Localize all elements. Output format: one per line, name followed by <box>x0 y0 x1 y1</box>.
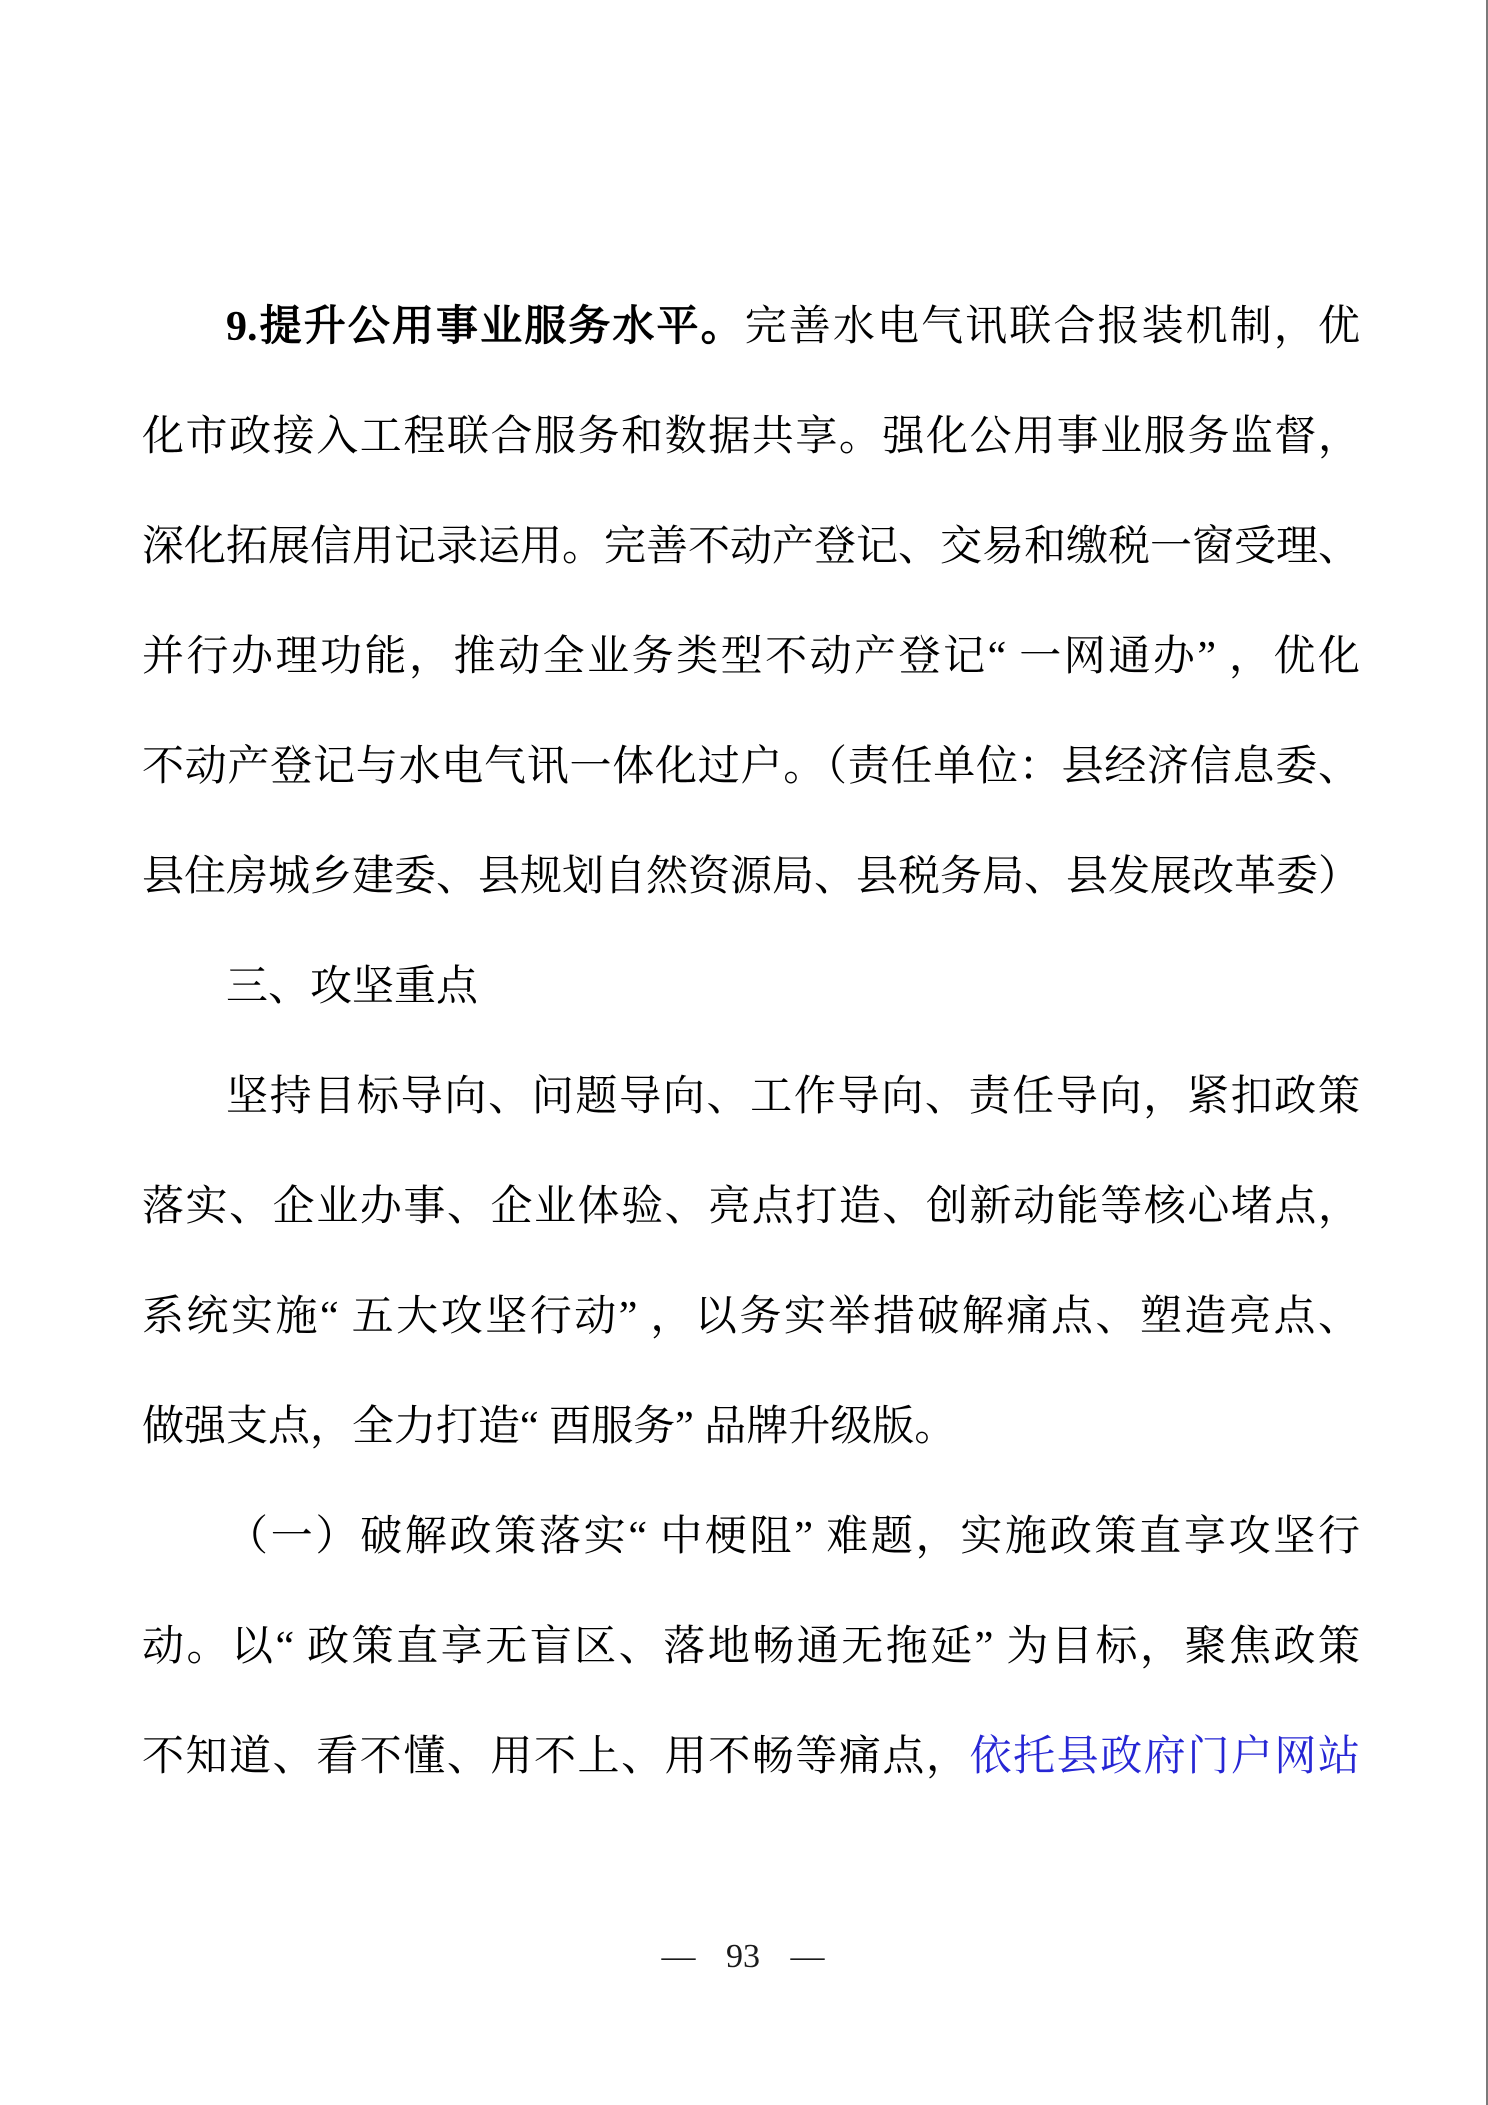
paragraph-line: 坚持目标导向、问题导向、工作导向、责任导向，紧扣政策 <box>142 1042 1360 1152</box>
paragraph-line: 并行办理功能，推动全业务类型不动产登记“ 一网通办” ，优化 <box>142 602 1360 712</box>
section-heading: 三、攻坚重点 <box>142 932 1360 1042</box>
paragraph-line: （一）破解政策落实“ 中梗阻” 难题，实施政策直享攻坚行 <box>142 1482 1360 1592</box>
paragraph-line: 做强支点，全力打造“ 酉服务” 品牌升级版。 <box>142 1372 1360 1482</box>
paragraph-line: 县住房城乡建委、县规划自然资源局、县税务局、县发展改革委） <box>142 822 1360 932</box>
paragraph-line: 落实、企业办事、企业体验、亮点打造、创新动能等核心堵点， <box>142 1152 1360 1262</box>
line-text: 化市政接入工程联合服务和数据共享。强化公用事业服务监督， <box>142 414 1360 460</box>
line-text: 动。以“ 政策直享无盲区、落地畅通无拖延” 为目标，聚焦政策 <box>142 1624 1360 1670</box>
line-text: 深化拓展信用记录运用。完善不动产登记、交易和缴税一窗受理、 <box>142 524 1360 570</box>
document-page: 9.提升公用事业服务水平。完善水电气讯联合报装机制，优 化市政接入工程联合服务和… <box>0 0 1488 2105</box>
heading-text: 三、攻坚重点 <box>226 964 478 1010</box>
line-text: 坚持目标导向、问题导向、工作导向、责任导向，紧扣政策 <box>226 1074 1360 1120</box>
line-text: 完善水电气讯联合报装机制，优 <box>745 304 1360 350</box>
paragraph-line: 化市政接入工程联合服务和数据共享。强化公用事业服务监督， <box>142 382 1360 492</box>
line-text: 系统实施“ 五大攻坚行动” ，以务实举措破解痛点、塑造亮点、 <box>142 1294 1360 1340</box>
paragraph-line: 动。以“ 政策直享无盲区、落地畅通无拖延” 为目标，聚焦政策 <box>142 1592 1360 1702</box>
line-text: 县住房城乡建委、县规划自然资源局、县税务局、县发展改革委） <box>142 854 1360 900</box>
portal-website-link[interactable]: 依托县政府门户网站 <box>970 1734 1360 1780</box>
line-text: （一）破解政策落实“ 中梗阻” 难题，实施政策直享攻坚行 <box>226 1514 1360 1560</box>
line-text: 并行办理功能，推动全业务类型不动产登记“ 一网通办” ，优化 <box>142 634 1360 680</box>
document-body: 9.提升公用事业服务水平。完善水电气讯联合报装机制，优 化市政接入工程联合服务和… <box>142 272 1360 1812</box>
numbered-item-lead: 9.提升公用事业服务水平。 <box>226 304 745 350</box>
paragraph-line: 9.提升公用事业服务水平。完善水电气讯联合报装机制，优 <box>142 272 1360 382</box>
paragraph-line: 不动产登记与水电气讯一体化过户。（责任单位：县经济信息委、 <box>142 712 1360 822</box>
line-text: 不知道、看不懂、用不上、用不畅等痛点， <box>142 1734 970 1780</box>
page-number: — 93 — <box>0 1938 1486 1976</box>
line-text: 落实、企业办事、企业体验、亮点打造、创新动能等核心堵点， <box>142 1184 1360 1230</box>
line-text: 不动产登记与水电气讯一体化过户。（责任单位：县经济信息委、 <box>142 744 1360 790</box>
paragraph-line: 深化拓展信用记录运用。完善不动产登记、交易和缴税一窗受理、 <box>142 492 1360 602</box>
paragraph-line: 系统实施“ 五大攻坚行动” ，以务实举措破解痛点、塑造亮点、 <box>142 1262 1360 1372</box>
line-text: 做强支点，全力打造“ 酉服务” 品牌升级版。 <box>142 1404 956 1450</box>
paragraph-line: 不知道、看不懂、用不上、用不畅等痛点，依托县政府门户网站 <box>142 1702 1360 1812</box>
